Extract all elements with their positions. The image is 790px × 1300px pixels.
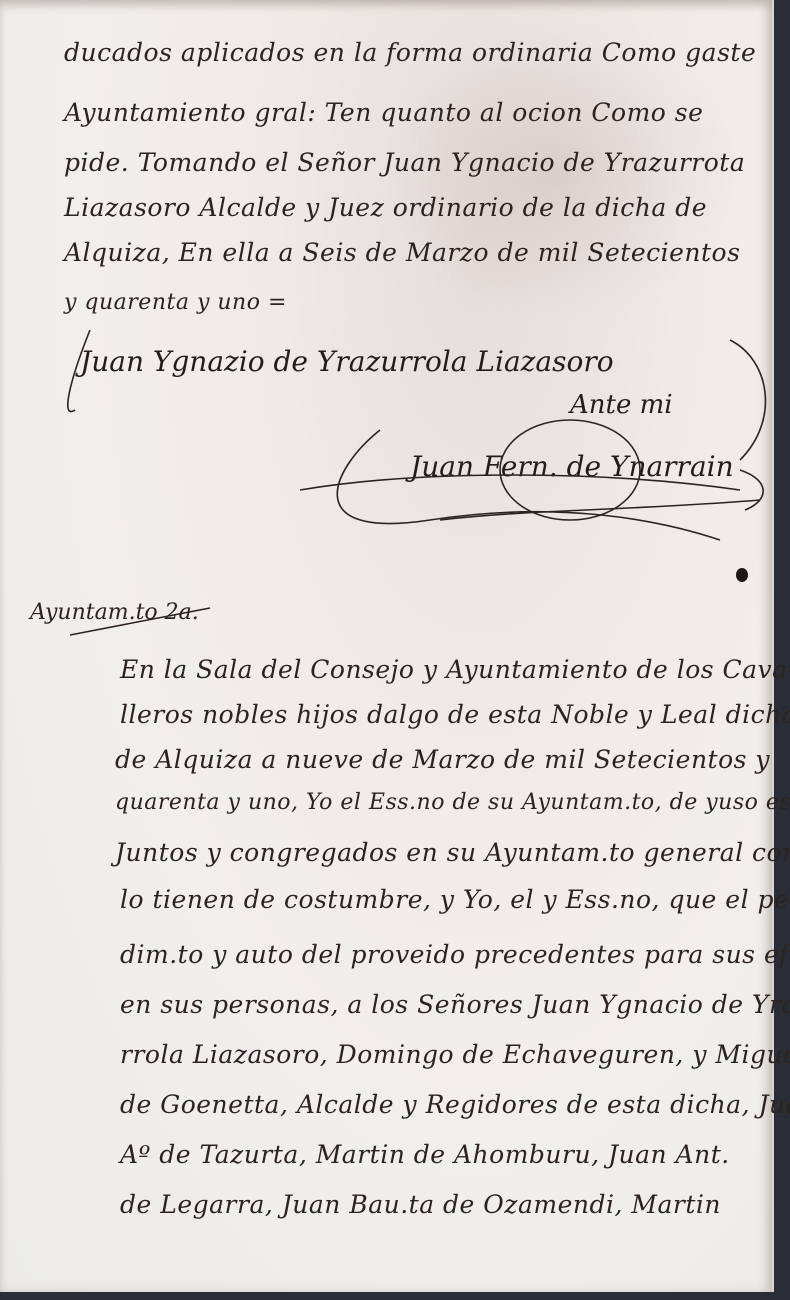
text-line: de Alquiza a nueve de Marzo de mil Setec… — [115, 745, 770, 774]
text-line: quarenta y uno, Yo el Ess.no de su Ayunt… — [115, 790, 790, 815]
text-line: En la Sala del Consejo y Ayuntamiento de… — [120, 655, 790, 684]
text-line: en sus personas, a los Señores Juan Ygna… — [120, 990, 790, 1019]
manuscript-page: ducados aplicados en la forma ordinaria … — [0, 0, 774, 1292]
text-line: de Goenetta, Alcalde y Regidores de esta… — [120, 1090, 790, 1119]
text-line: Aº de Tazurta, Martin de Ahomburu, Juan … — [120, 1140, 730, 1169]
text-line: Juntos y congregados en su Ayuntam.to ge… — [115, 838, 790, 867]
underline-stroke-icon — [60, 600, 280, 640]
text-line: lo tienen de costumbre, y Yo, el y Ess.n… — [120, 885, 790, 914]
text-line: rrola Liazasoro, Domingo de Echaveguren,… — [120, 1040, 790, 1069]
text-line: de Legarra, Juan Bau.ta de Ozamendi, Mar… — [120, 1190, 721, 1219]
ink-blot — [736, 568, 748, 582]
text-line: dim.to y auto del proveido precedentes p… — [120, 940, 790, 969]
text-line: lleros nobles hijos dalgo de esta Noble … — [120, 700, 790, 729]
signature-flourish-icon — [0, 0, 790, 560]
